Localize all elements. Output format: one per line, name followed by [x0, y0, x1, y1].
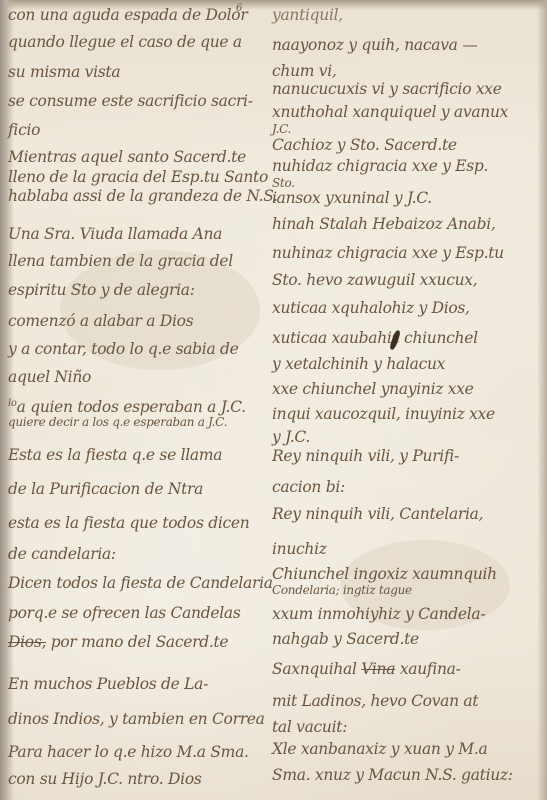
manuscript-line: dinos Indios, y tambien en Correa — [8, 710, 265, 728]
manuscript-line: Rey ninquih vili, y Purifi- — [272, 447, 459, 465]
line-text: chum vi, — [272, 62, 337, 80]
manuscript-line: con su Hijo J.C. ntro. Dios — [8, 770, 202, 788]
line-text: xxum inmohiyhiz y Candela- — [272, 605, 485, 623]
manuscript-line: hinah Stalah Hebaizoz Anabi, — [272, 215, 496, 233]
manuscript-line: comenzó a alabar a Dios — [8, 312, 193, 330]
manuscript-line: se consume este sacrificio sacri- — [8, 92, 253, 110]
line-text: Chiunchel ingoxiz xaumnquih — [272, 565, 497, 583]
manuscript-line: xxum inmohiyhiz y Candela- — [272, 605, 485, 623]
manuscript-line: Mientras aquel santo Sacerd.te — [8, 148, 246, 166]
manuscript-line: xuticaa xaubahiz chiunchel — [272, 329, 478, 347]
line-text: Esta es la fiesta q.e se llama — [8, 446, 222, 464]
line-text: mit Ladinos, hevo Covan at — [272, 692, 478, 710]
manuscript-line: Sto. — [272, 176, 295, 190]
manuscript-line: y xetalchinih y halacux — [272, 355, 445, 373]
line-text: Sto. hevo zawuguil xxucux, — [272, 271, 477, 289]
line-text: xaufina- — [400, 660, 461, 678]
manuscript-line: de candelaria: — [8, 545, 116, 563]
line-text: de candelaria: — [8, 545, 116, 563]
line-text: Rey ninquih vili, Cantelaria, — [272, 505, 483, 523]
manuscript-line: nanucucuxis vi y sacrificio xxe — [272, 80, 502, 98]
manuscript-line: chum vi, — [272, 62, 337, 80]
manuscript-line: xnuthohal xanquiquel y avanux — [272, 103, 508, 121]
manuscript-line: nahgab y Sacerd.te — [272, 630, 419, 648]
manuscript-line: En muchos Pueblos de La- — [8, 675, 208, 693]
manuscript-line: yantiquil, — [272, 6, 343, 24]
manuscript-line: mit Ladinos, hevo Covan at — [272, 692, 478, 710]
manuscript-line: Sma. xnuz y Macun N.S. gatiuz: — [272, 766, 513, 784]
line-text: Sma. xnuz y Macun N.S. gatiuz: — [272, 766, 513, 784]
line-text: y a contar, todo lo q.e sabia de — [8, 340, 239, 358]
manuscript-line: quiere decir a los q.e esperaban a J.C. — [8, 415, 227, 429]
manuscript-line: su misma vista — [8, 63, 120, 81]
line-text: inuchiz — [272, 540, 327, 558]
line-text: En muchos Pueblos de La- — [8, 675, 208, 693]
line-text: Cachioz y Sto. Sacerd.te — [272, 136, 457, 154]
line-text: Para hacer lo q.e hizo M.a Sma. — [8, 743, 249, 761]
line-text: por mano del Sacerd.te — [46, 633, 228, 651]
line-text: J.C. — [272, 122, 291, 136]
line-text: con una aguda espada de Dolor — [8, 6, 247, 24]
line-text: y xetalchinih y halacux — [272, 355, 445, 373]
line-text: naayonoz y quih, nacava — — [272, 36, 477, 54]
line-text: comenzó a alabar a Dios — [8, 312, 193, 330]
manuscript-line: inqui xaucozquil, inuyiniz xxe — [272, 405, 495, 423]
line-text: cacion bi: — [272, 478, 345, 496]
line-text: xuticaa xaubahiz chiunchel — [272, 329, 478, 347]
line-text: con su Hijo J.C. ntro. Dios — [8, 770, 202, 788]
manuscript-line: xxe chiunchel ynayiniz xxe — [272, 380, 473, 398]
manuscript-line: llena tambien de la gracia del — [8, 252, 233, 270]
manuscript-line: Xle xanbanaxiz y xuan y M.a — [272, 740, 487, 758]
line-text: a quien todos esperaban a J.C. — [17, 398, 246, 416]
manuscript-line: hablaba assi de la grandeza de N.S. — [8, 187, 278, 205]
manuscript-line: quando llegue el caso de que a — [8, 33, 242, 51]
line-text: hablaba assi de la grandeza de N.S. — [8, 187, 278, 205]
line-text: Una Sra. Viuda llamada Ana — [8, 225, 222, 243]
manuscript-line: J.C. — [272, 122, 291, 136]
line-text: y J.C. — [272, 428, 310, 446]
manuscript-line: con una aguda espada de Dolor — [8, 6, 247, 24]
interlinear-insertion: lo — [8, 398, 17, 409]
manuscript-line: nuhidaz chigracia xxe y Esp. — [272, 157, 488, 175]
line-text: se consume este sacrificio sacri- — [8, 92, 253, 110]
manuscript-line: Esta es la fiesta q.e se llama — [8, 446, 222, 464]
manuscript-line: inuchiz — [272, 540, 327, 558]
manuscript-line: porq.e se ofrecen las Candelas — [8, 604, 241, 622]
line-text: espiritu Sto y de alegria: — [8, 281, 195, 299]
line-text: lleno de la gracia del Esp.tu Santo — [8, 168, 268, 186]
manuscript-line: tal vacuit: — [272, 718, 347, 736]
page-right-edge — [537, 0, 547, 800]
manuscript-page: 6 con una aguda espada de Dolorquando ll… — [0, 0, 547, 800]
manuscript-line: Chiunchel ingoxiz xaumnquih — [272, 565, 497, 583]
line-text: llena tambien de la gracia del — [8, 252, 233, 270]
struck-word: Vina — [361, 660, 395, 678]
manuscript-line: espiritu Sto y de alegria: — [8, 281, 195, 299]
line-text: Dicen todos la fiesta de Candelaria — [8, 574, 273, 592]
line-text: tal vacuit: — [272, 718, 347, 736]
manuscript-line: de la Purificacion de Ntra — [8, 480, 203, 498]
manuscript-line: Condelaria; ingtiz tague — [272, 583, 412, 597]
manuscript-line: Una Sra. Viuda llamada Ana — [8, 225, 222, 243]
manuscript-line: ficio — [8, 121, 40, 139]
line-text: de la Purificacion de Ntra — [8, 480, 203, 498]
manuscript-line: Sto. hevo zawuguil xxucux, — [272, 271, 477, 289]
line-text: xnuthohal xanquiquel y avanux — [272, 103, 508, 121]
manuscript-line: loa quien todos esperaban a J.C. — [8, 398, 246, 416]
manuscript-line: iansox yxuninal y J.C. — [272, 189, 432, 207]
line-text: quando llegue el caso de que a — [8, 33, 242, 51]
line-text: su misma vista — [8, 63, 120, 81]
line-text: xxe chiunchel ynayiniz xxe — [272, 380, 473, 398]
line-text: hinah Stalah Hebaizoz Anabi, — [272, 215, 496, 233]
manuscript-line: Rey ninquih vili, Cantelaria, — [272, 505, 483, 523]
manuscript-line: y J.C. — [272, 428, 310, 446]
line-text: yantiquil, — [272, 6, 343, 24]
manuscript-line: xuticaa xquhalohiz y Dios, — [272, 299, 470, 317]
line-text: ficio — [8, 121, 40, 139]
line-text: xuticaa xquhalohiz y Dios, — [272, 299, 470, 317]
line-text: Sto. — [272, 176, 295, 190]
line-text: porq.e se ofrecen las Candelas — [8, 604, 241, 622]
manuscript-line: Cachioz y Sto. Sacerd.te — [272, 136, 457, 154]
manuscript-line: Saxnquihal Vina xaufina- — [272, 660, 461, 678]
line-text: nanucucuxis vi y sacrificio xxe — [272, 80, 502, 98]
line-text: Rey ninquih vili, y Purifi- — [272, 447, 459, 465]
line-text: Saxnquihal — [272, 660, 357, 678]
manuscript-line: aquel Niño — [8, 368, 91, 386]
line-text: quiere decir a los q.e esperaban a J.C. — [8, 415, 227, 429]
line-text: esta es la fiesta que todos dicen — [8, 514, 249, 532]
line-text: inqui xaucozquil, inuyiniz xxe — [272, 405, 495, 423]
manuscript-line: Para hacer lo q.e hizo M.a Sma. — [8, 743, 249, 761]
line-text: Condelaria; ingtiz tague — [272, 583, 412, 597]
manuscript-line: Dios, por mano del Sacerd.te — [8, 633, 228, 651]
manuscript-line: y a contar, todo lo q.e sabia de — [8, 340, 239, 358]
manuscript-line: naayonoz y quih, nacava — — [272, 36, 477, 54]
line-text: nuhinaz chigracia xxe y Esp.tu — [272, 244, 504, 262]
manuscript-line: esta es la fiesta que todos dicen — [8, 514, 249, 532]
line-text: dinos Indios, y tambien en Correa — [8, 710, 265, 728]
manuscript-line: cacion bi: — [272, 478, 345, 496]
struck-word: Dios, — [8, 633, 46, 651]
manuscript-line: lleno de la gracia del Esp.tu Santo — [8, 168, 268, 186]
line-text: nahgab y Sacerd.te — [272, 630, 419, 648]
line-text: aquel Niño — [8, 368, 91, 386]
line-text: Mientras aquel santo Sacerd.te — [8, 148, 246, 166]
line-text: nuhidaz chigracia xxe y Esp. — [272, 157, 488, 175]
manuscript-line: nuhinaz chigracia xxe y Esp.tu — [272, 244, 504, 262]
line-text: Xle xanbanaxiz y xuan y M.a — [272, 740, 487, 758]
line-text: iansox yxuninal y J.C. — [272, 189, 432, 207]
manuscript-line: Dicen todos la fiesta de Candelaria — [8, 574, 273, 592]
